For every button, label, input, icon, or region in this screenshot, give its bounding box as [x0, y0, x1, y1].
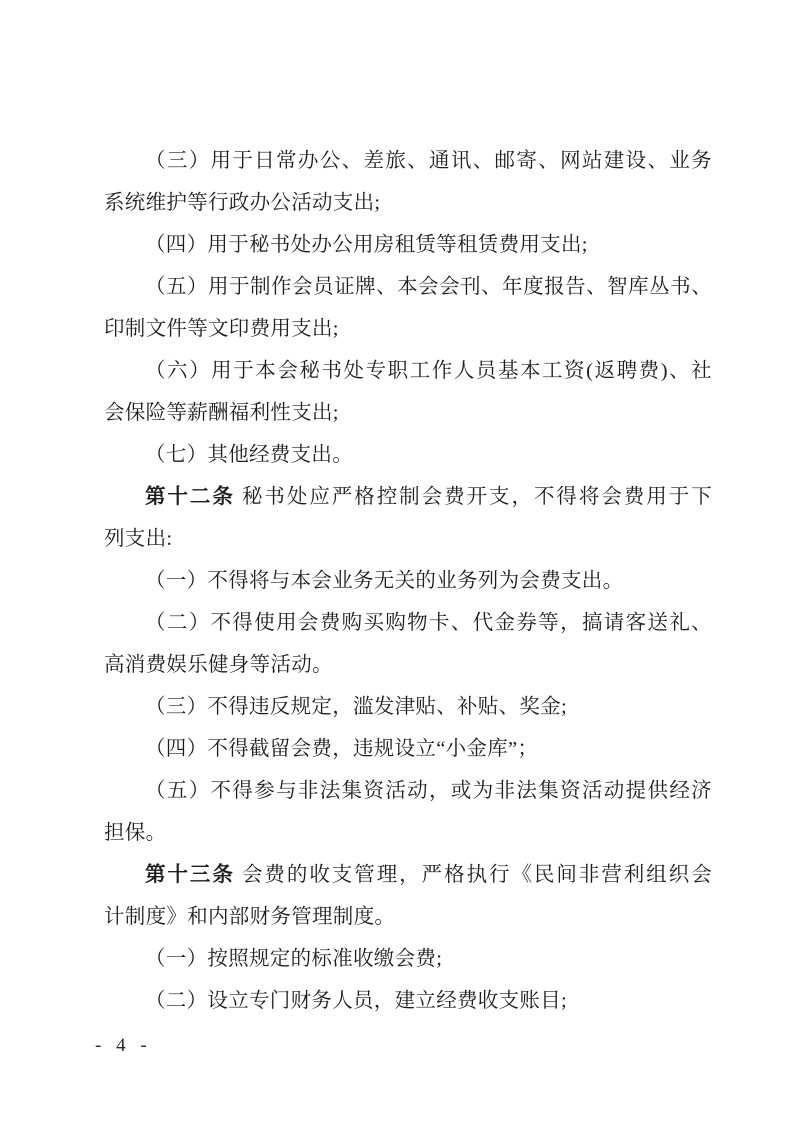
text-line: （二）设立专门财务人员，建立经费收支账目;	[104, 980, 712, 1022]
article-number: 第十二条	[145, 486, 235, 508]
text-line: （四）不得截留会费，违规设立“小金库”；	[104, 728, 712, 770]
text-line: （五）不得参与非法集资活动，或为非法集资活动提供经济	[104, 770, 712, 812]
text-line: （三）用于日常办公、差旅、通讯、邮寄、网站建设、业务	[104, 140, 712, 182]
text-line: 印制文件等文印费用支出;	[104, 308, 712, 350]
text-line: 会保险等薪酬福利性支出;	[104, 392, 712, 434]
text-line: （一）按照规定的标准收缴会费;	[104, 938, 712, 980]
text-line: 列支出:	[104, 518, 712, 560]
page-number: - 4 -	[95, 1032, 152, 1060]
text-line: （五）用于制作会员证牌、本会会刊、年度报告、智库丛书、	[104, 266, 712, 308]
document-page: （三）用于日常办公、差旅、通讯、邮寄、网站建设、业务系统维护等行政办公活动支出;…	[0, 0, 800, 1131]
text-line: 担保。	[104, 812, 712, 854]
text-line: 高消费娱乐健身等活动。	[104, 644, 712, 686]
text-line: （七）其他经费支出。	[104, 434, 712, 476]
document-body: （三）用于日常办公、差旅、通讯、邮寄、网站建设、业务系统维护等行政办公活动支出;…	[104, 140, 712, 1022]
text-line: （四）用于秘书处办公用房租赁等租赁费用支出;	[104, 224, 712, 266]
text-line: 第十二条 秘书处应严格控制会费开支，不得将会费用于下	[104, 476, 712, 518]
text-line: 系统维护等行政办公活动支出;	[104, 182, 712, 224]
text-line: 计制度》和内部财务管理制度。	[104, 896, 712, 938]
text-line: （一）不得将与本会业务无关的业务列为会费支出。	[104, 560, 712, 602]
article-number: 第十三条	[145, 864, 235, 886]
text-line: 第十三条 会费的收支管理，严格执行《民间非营利组织会	[104, 854, 712, 896]
text-line: （三）不得违反规定，滥发津贴、补贴、奖金;	[104, 686, 712, 728]
text-line: （六）用于本会秘书处专职工作人员基本工资(返聘费)、社	[104, 350, 712, 392]
text-line: （二）不得使用会费购买购物卡、代金券等，搞请客送礼、	[104, 602, 712, 644]
